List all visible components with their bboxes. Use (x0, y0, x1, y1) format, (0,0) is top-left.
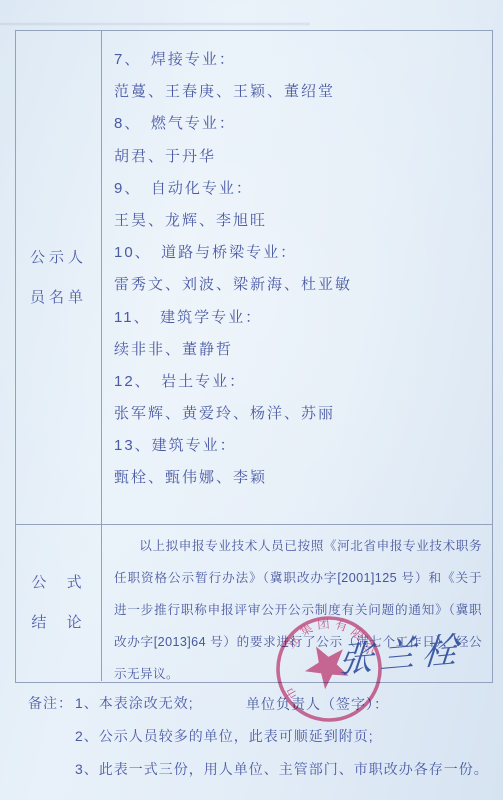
label-line-1: 公示人 (30, 238, 87, 278)
specialty-heading: 12、 岩土专业： (114, 366, 486, 398)
names-line: 胡君、于丹华 (114, 141, 486, 173)
paper-fold-shadow (0, 22, 310, 26)
personnel-row-label: 公示人 员名单 (16, 31, 102, 524)
notes-section: 备注：1、本表涂改无效; 2、公示人员较多的单位，此表可顺延到附页; 3、此表一… (28, 694, 490, 793)
label-line-2: 结 论 (31, 603, 85, 643)
label-line-1: 公 式 (31, 563, 85, 603)
conclusion-row-label: 公 式 结 论 (16, 525, 102, 681)
specialty-heading: 13、建筑专业： (114, 430, 486, 462)
names-line: 范蔓、王春庚、王颖、董绍堂 (114, 76, 486, 108)
names-line: 续非非、董静哲 (114, 334, 486, 366)
names-line: 王昊、龙辉、李旭旺 (114, 205, 486, 237)
names-line: 雷秀文、刘波、梁新海、杜亚敏 (114, 269, 486, 301)
label-line-2: 员名单 (30, 278, 87, 318)
notes-label: 备注： (28, 695, 73, 711)
specialty-heading: 11、 建筑学专业： (114, 302, 486, 334)
note-line-2: 2、公示人员较多的单位，此表可顺延到附页; (28, 727, 490, 745)
personnel-list: 7、 焊接专业： 范蔓、王春庚、王颖、董绍堂 8、 燃气专业： 胡君、于丹华 9… (102, 31, 492, 524)
publicity-form-table: 公示人 员名单 7、 焊接专业： 范蔓、王春庚、王颖、董绍堂 8、 燃气专业： … (15, 30, 493, 683)
note-line-3: 3、此表一式三份，用人单位、主管部门、市职改办各存一份。 (28, 760, 490, 778)
specialty-heading: 10、 道路与桥梁专业： (114, 237, 486, 269)
note-item: 1、本表涂改无效; (75, 695, 194, 711)
specialty-heading: 8、 燃气专业： (114, 108, 486, 140)
specialty-heading: 7、 焊接专业： (114, 44, 486, 76)
names-line: 甄栓、甄伟娜、李颖 (114, 462, 486, 494)
names-line: 张军辉、黄爱玲、杨洋、苏丽 (114, 398, 486, 430)
specialty-heading: 9、 自动化专业： (114, 173, 486, 205)
personnel-row: 公示人 员名单 7、 焊接专业： 范蔓、王春庚、王颖、董绍堂 8、 燃气专业： … (16, 31, 492, 525)
note-line-1: 备注：1、本表涂改无效; (28, 694, 490, 712)
